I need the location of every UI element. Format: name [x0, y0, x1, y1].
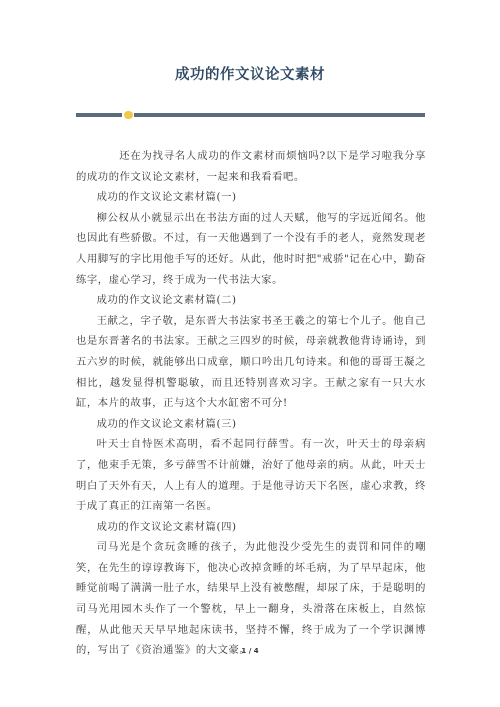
section-heading-1: 成功的作文议论文素材篇(一) [76, 187, 426, 208]
page-indicator: 1 / 4 [0, 647, 500, 655]
section-heading-2: 成功的作文议论文素材篇(二) [76, 290, 426, 311]
section-body-4: 司马光是个贪玩贪睡的孩子，为此他没少受先生的责罚和同伴的嘲笑，在先生的谆谆教诲下… [76, 537, 426, 661]
section-body-1: 柳公权从小就显示出在书法方面的过人天赋，他写的字远近闻名。他也因此有些骄傲。不过… [76, 208, 426, 290]
section-heading-3: 成功的作文议论文素材篇(三) [76, 414, 426, 435]
document-body: 还在为找寻名人成功的作文素材而烦恼吗?以下是学习啦我分享的成功的作文议论文素材，… [76, 146, 426, 661]
divider-right-segment [134, 113, 425, 117]
section-body-3: 叶天士自恃医术高明，看不起同行薛雪。有一次，叶天士的母亲病了，他束手无策，多亏薛… [76, 434, 426, 516]
document-title: 成功的作文议论文素材 [0, 63, 500, 84]
section-heading-4: 成功的作文议论文素材篇(四) [76, 517, 426, 538]
intro-paragraph: 还在为找寻名人成功的作文素材而烦恼吗?以下是学习啦我分享的成功的作文议论文素材，… [76, 146, 426, 187]
divider-left-segment [76, 113, 122, 117]
section-body-2: 王献之，字子敬，是东晋大书法家书圣王羲之的第七个儿子。他自己也是东晋著名的书法家… [76, 311, 426, 414]
title-divider [76, 113, 425, 118]
divider-dot-icon [124, 111, 133, 119]
